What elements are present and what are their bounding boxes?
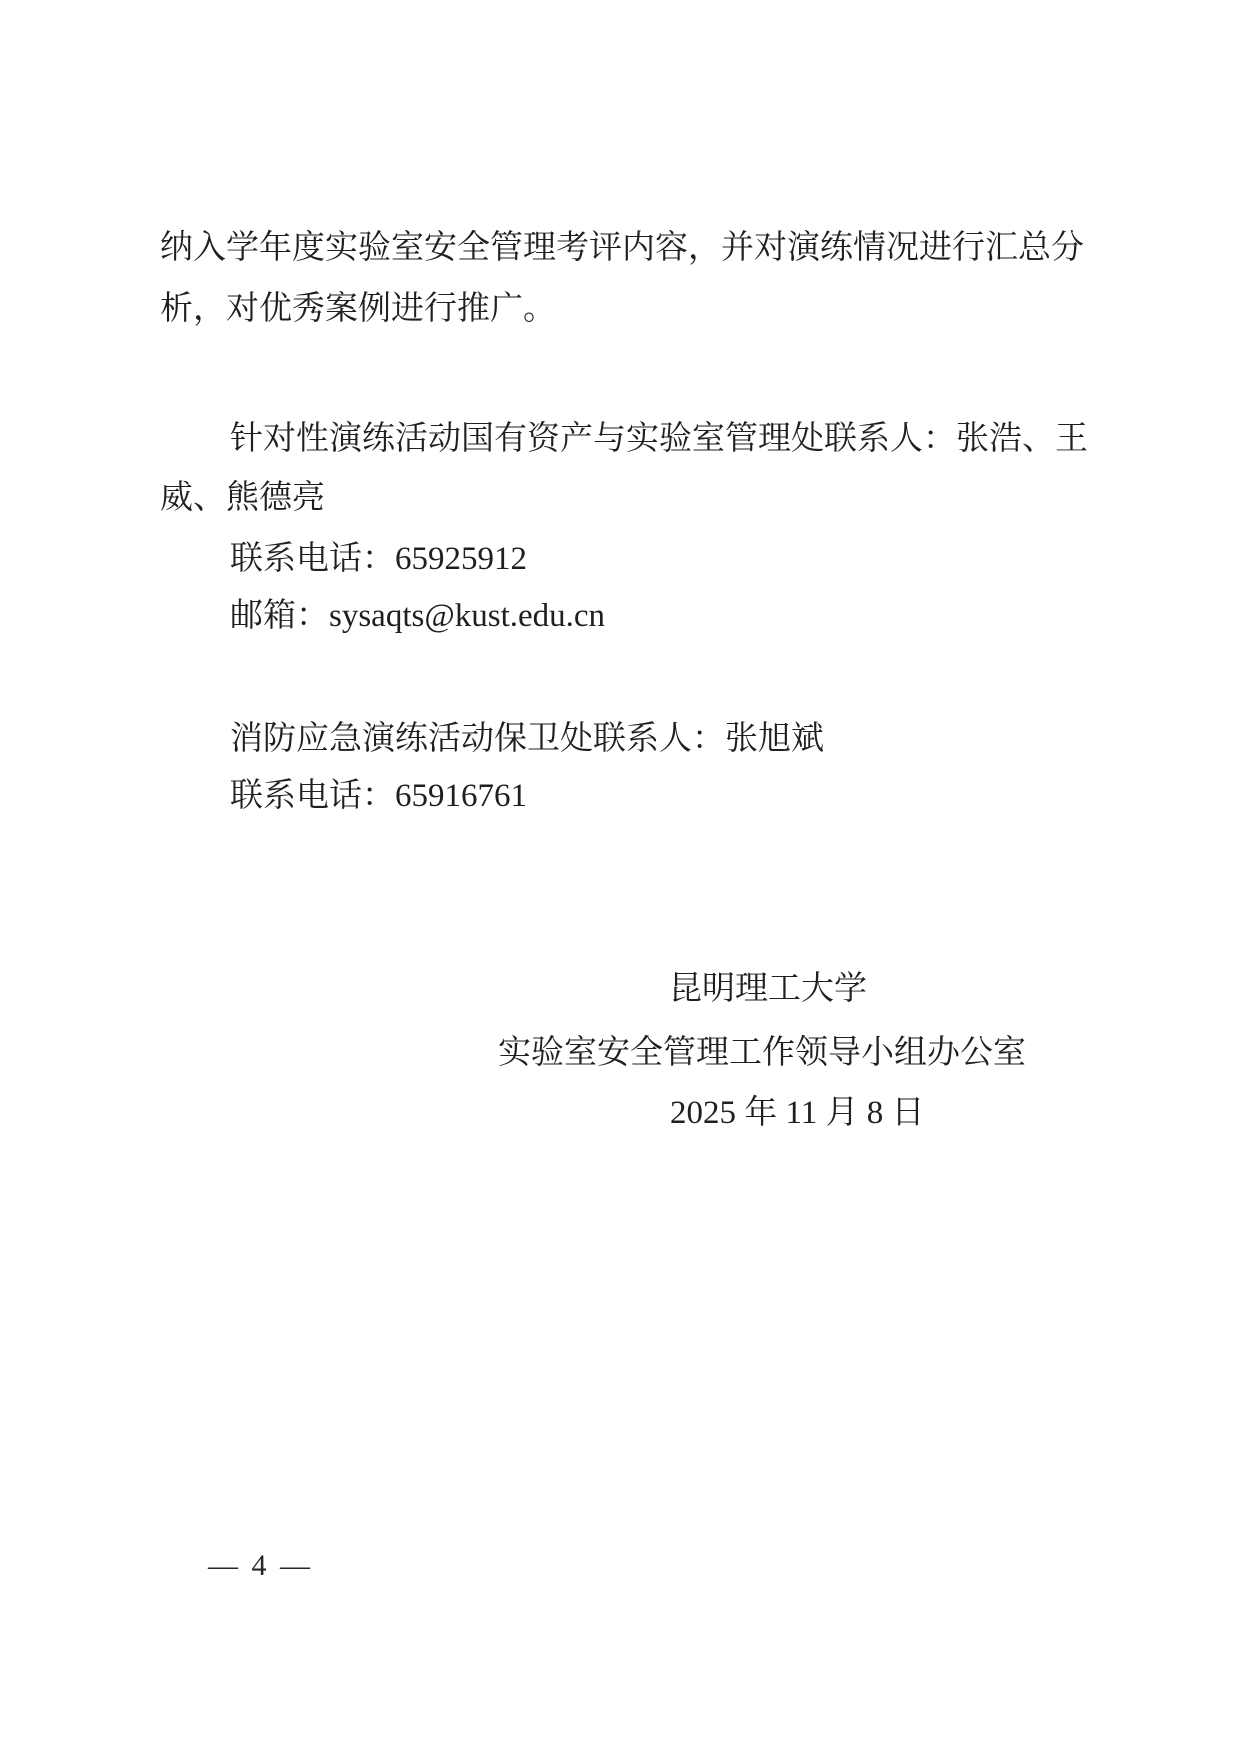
contact2-phone: 联系电话：65916761 (230, 776, 527, 816)
contact1-phone: 联系电话：65925912 (230, 539, 527, 579)
contact1-line1: 针对性演练活动国有资产与实验室管理处联系人：张浩、王 (230, 419, 1088, 459)
page-number: — 4 — (208, 1549, 313, 1583)
signature-date: 2025 年 11 月 8 日 (670, 1093, 925, 1133)
signature-university-name: 昆明理工大学 (669, 969, 867, 1009)
contact1-email: 邮箱：sysaqts@kust.edu.cn (230, 596, 605, 636)
signature-office-name: 实验室安全管理工作领导小组办公室 (498, 1033, 1026, 1073)
document-page: 纳入学年度实验室安全管理考评内容，并对演练情况进行汇总分 析，对优秀案例进行推广… (0, 0, 1240, 1754)
paragraph1-line1: 纳入学年度实验室安全管理考评内容，并对演练情况进行汇总分 (160, 228, 1084, 268)
paragraph1-line2: 析，对优秀案例进行推广。 (160, 289, 556, 329)
contact1-line2: 威、熊德亮 (160, 478, 325, 518)
contact2-line1: 消防应急演练活动保卫处联系人：张旭斌 (230, 719, 824, 759)
